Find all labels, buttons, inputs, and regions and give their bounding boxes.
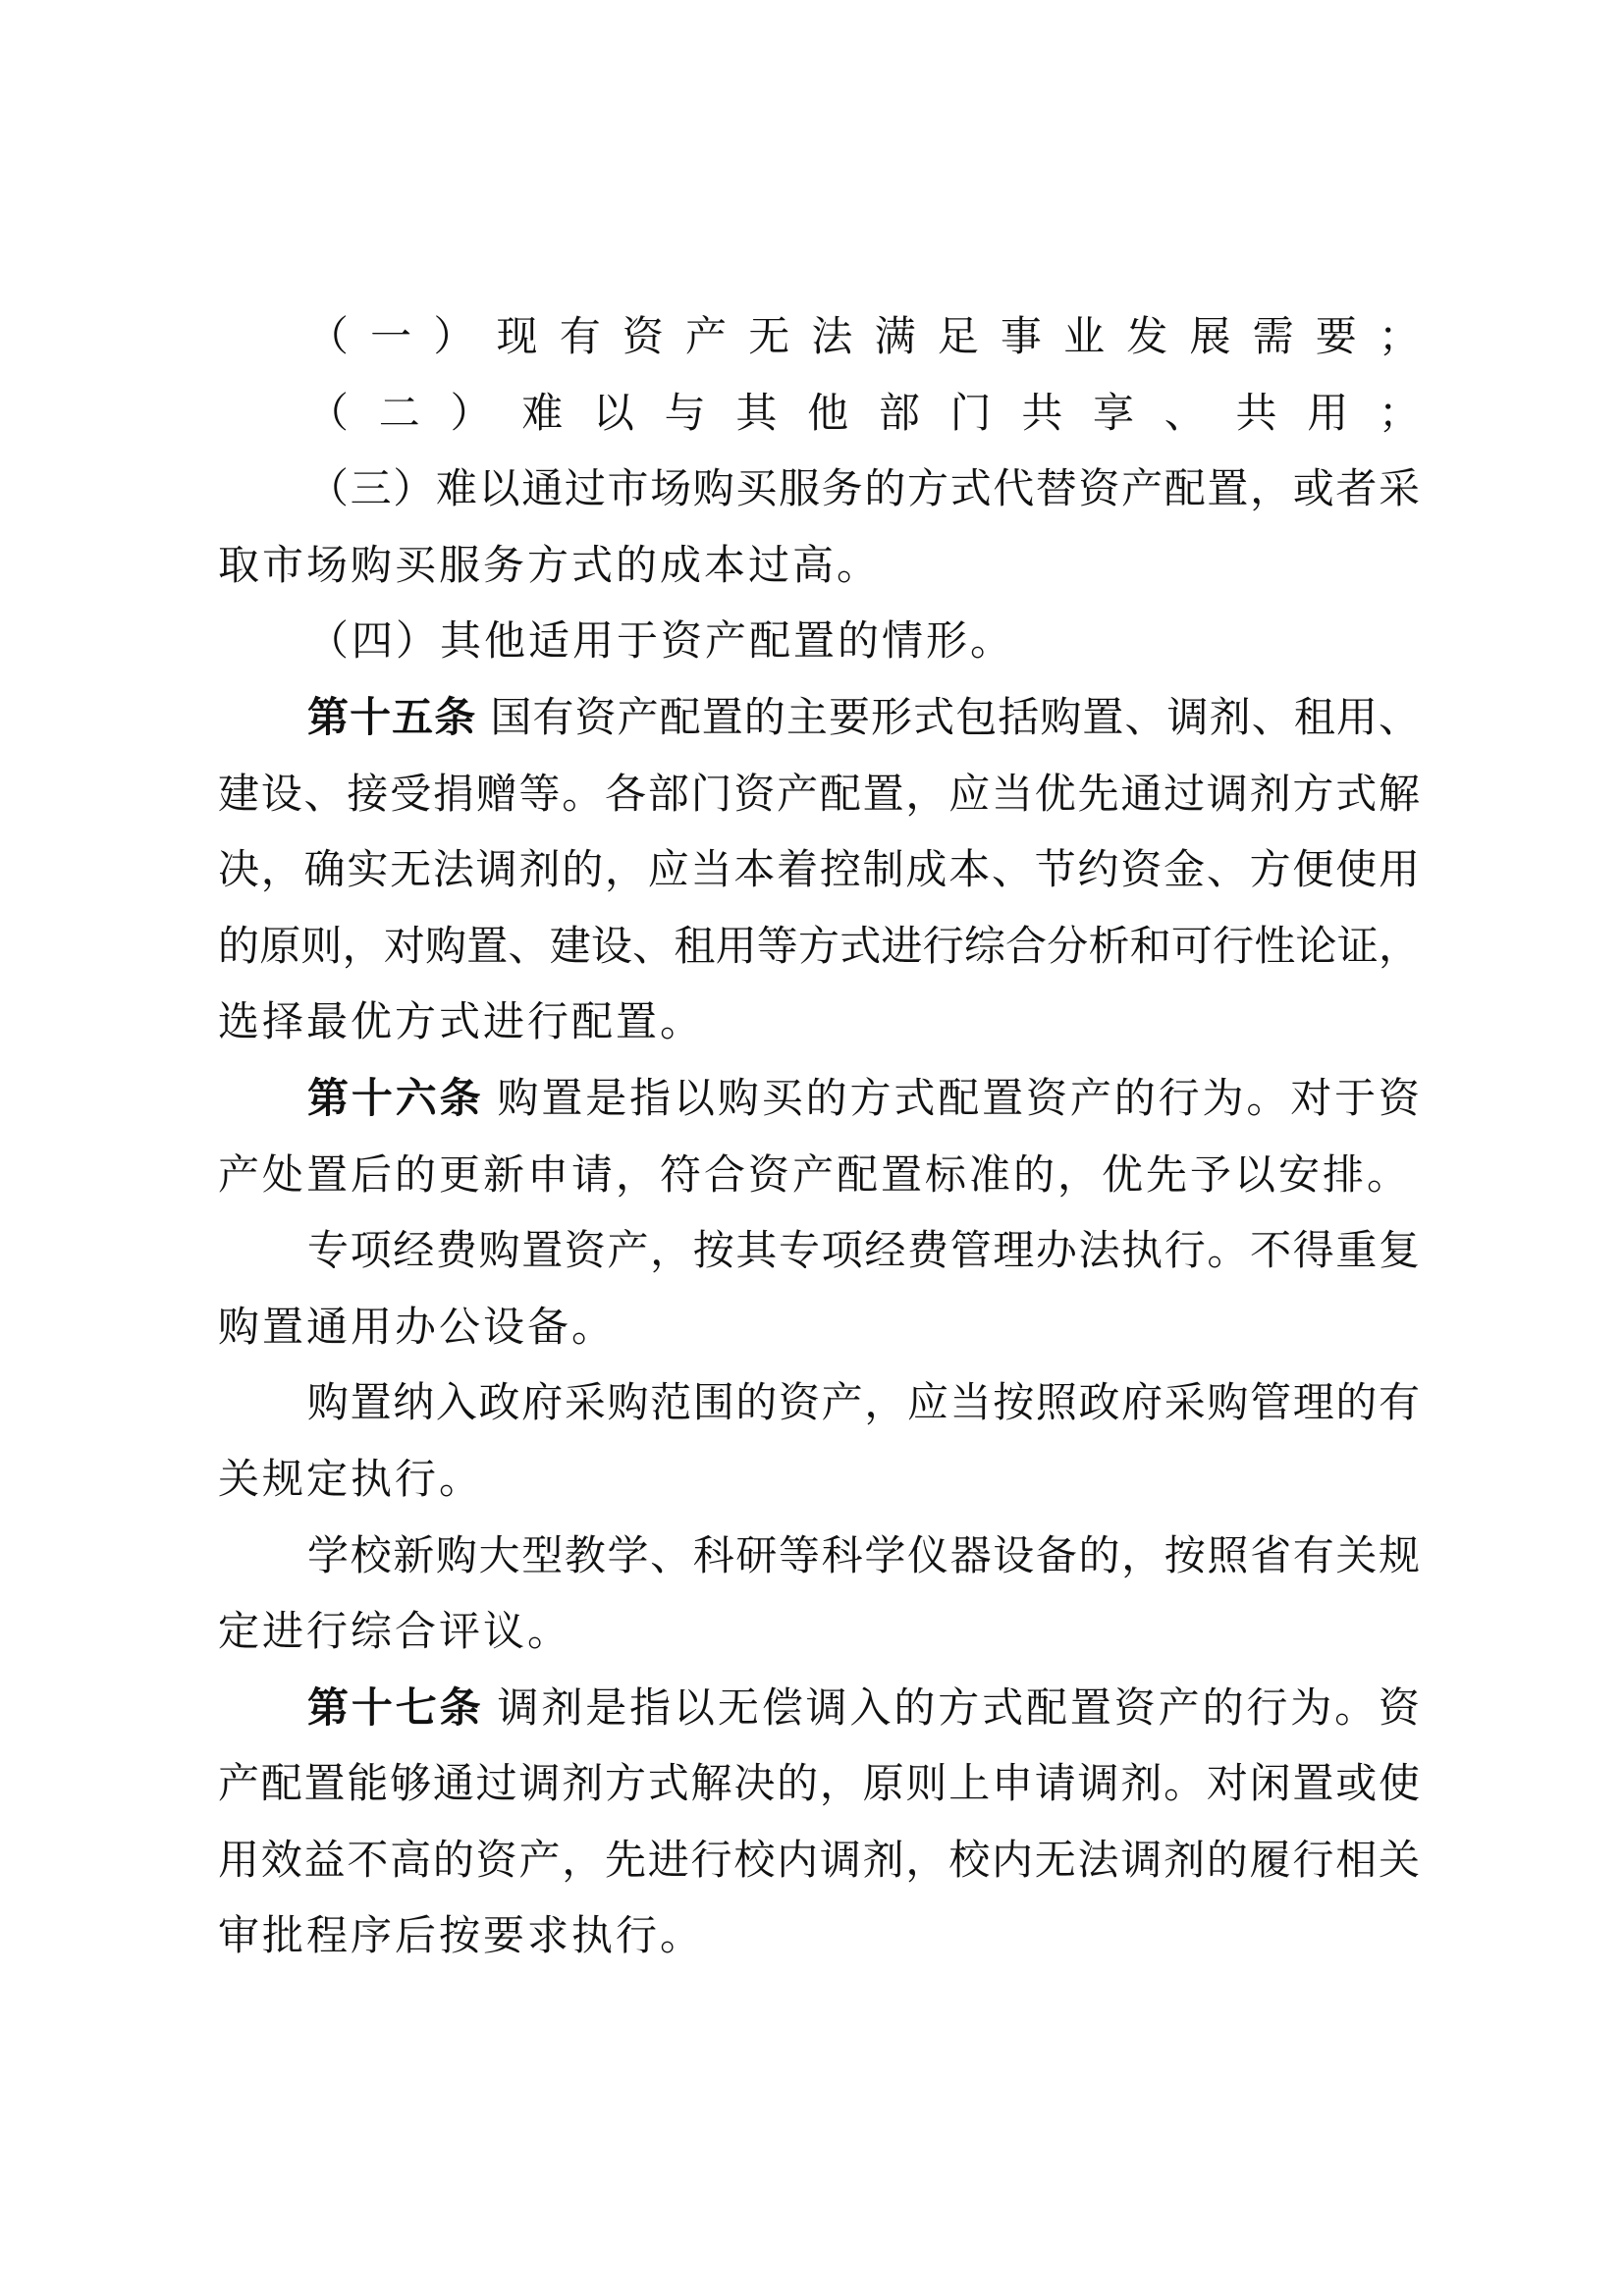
article-16-last-line: 产处置后的更新申请，符合资产配置标准的，优先予以安排。	[218, 1137, 1420, 1213]
line-text: 建设、接受捐赠等。各部门资产配置，应当优先通过调剂方式解	[218, 770, 1420, 818]
line-text: 产配置能够通过调剂方式解决的，原则上申请调剂。对闲置或使	[218, 1759, 1420, 1807]
clause-item-2: （二）难以与其他部门共享、共用；	[218, 375, 1420, 452]
clause-item-3: （三）难以通过市场购买服务的方式代替资产配置，或者采	[218, 451, 1420, 527]
article-16-para-4: 学校新购大型教学、科研等科学仪器设备的，按照省有关规	[218, 1518, 1420, 1594]
article-15-line: 的原则，对购置、建设、租用等方式进行综合分析和可行性论证，	[218, 908, 1420, 985]
clause-item-4: （四）其他适用于资产配置的情形。	[218, 603, 1420, 679]
article-17-first-line: 第十七条调剂是指以无偿调入的方式配置资产的行为。资	[218, 1670, 1420, 1746]
document-body: （一）现有资产无法满足事业发展需要； （二）难以与其他部门共享、共用； （三）难…	[218, 298, 1420, 1974]
article-15-first-line: 第十五条国有资产配置的主要形式包括购置、调剂、租用、	[218, 679, 1420, 756]
article-16-para-2-end: 购置通用办公设备。	[218, 1289, 1420, 1365]
article-17-last-line: 审批程序后按要求执行。	[218, 1897, 1420, 1974]
article-15-line: 决，确实无法调剂的，应当本着控制成本、节约资金、方便使用	[218, 831, 1420, 908]
line-text: 购置通用办公设备。	[218, 1303, 616, 1351]
line-text: 购置纳入政府采购范围的资产，应当按照政府采购管理的有	[307, 1378, 1420, 1426]
line-text: 调剂是指以无偿调入的方式配置资产的行为。资	[498, 1683, 1420, 1732]
line-text: （一）现有资产无法满足事业发展需要；	[307, 312, 1420, 360]
article-number: 第十六条	[307, 1074, 484, 1122]
article-17-line: 用效益不高的资产，先进行校内调剂，校内无法调剂的履行相关	[218, 1822, 1420, 1898]
line-text: （二）难以与其他部门共享、共用；	[307, 389, 1420, 437]
line-text: 取市场购买服务方式的成本过高。	[218, 541, 881, 589]
line-text: 专项经费购置资产，按其专项经费管理办法执行。不得重复	[307, 1226, 1420, 1274]
clause-item-3-continued: 取市场购买服务方式的成本过高。	[218, 527, 1420, 604]
line-text: （四）其他适用于资产配置的情形。	[307, 616, 1014, 665]
article-number: 第十七条	[307, 1683, 484, 1732]
line-text: 选择最优方式进行配置。	[218, 997, 704, 1045]
article-16-para-2: 专项经费购置资产，按其专项经费管理办法执行。不得重复	[218, 1212, 1420, 1289]
line-text: 购置是指以购买的方式配置资产的行为。对于资	[498, 1074, 1420, 1122]
line-text: 定进行综合评议。	[218, 1607, 571, 1655]
article-16-para-4-end: 定进行综合评议。	[218, 1593, 1420, 1670]
line-text: 审批程序后按要求执行。	[218, 1911, 704, 1959]
line-text: 用效益不高的资产，先进行校内调剂，校内无法调剂的履行相关	[218, 1836, 1420, 1884]
line-text: 决，确实无法调剂的，应当本着控制成本、节约资金、方便使用	[218, 845, 1420, 893]
clause-item-1: （一）现有资产无法满足事业发展需要；	[218, 298, 1420, 375]
article-16-first-line: 第十六条购置是指以购买的方式配置资产的行为。对于资	[218, 1060, 1420, 1137]
line-text: 的原则，对购置、建设、租用等方式进行综合分析和可行性论证，	[218, 922, 1420, 970]
line-text: 关规定执行。	[218, 1455, 483, 1503]
document-page: （一）现有资产无法满足事业发展需要； （二）难以与其他部门共享、共用； （三）难…	[0, 0, 1624, 2296]
line-text: 产处置后的更新申请，符合资产配置标准的，优先予以安排。	[218, 1150, 1411, 1199]
article-number: 第十五条	[307, 693, 476, 741]
line-text: 国有资产配置的主要形式包括购置、调剂、租用、	[490, 693, 1420, 741]
article-15-line: 建设、接受捐赠等。各部门资产配置，应当优先通过调剂方式解	[218, 756, 1420, 832]
article-17-line: 产配置能够通过调剂方式解决的，原则上申请调剂。对闲置或使	[218, 1745, 1420, 1822]
article-16-para-3-end: 关规定执行。	[218, 1441, 1420, 1518]
line-text: 学校新购大型教学、科研等科学仪器设备的，按照省有关规	[307, 1531, 1420, 1579]
article-15-last-line: 选择最优方式进行配置。	[218, 984, 1420, 1060]
article-16-para-3: 购置纳入政府采购范围的资产，应当按照政府采购管理的有	[218, 1364, 1420, 1441]
line-text: （三）难以通过市场购买服务的方式代替资产配置，或者采	[307, 464, 1420, 512]
